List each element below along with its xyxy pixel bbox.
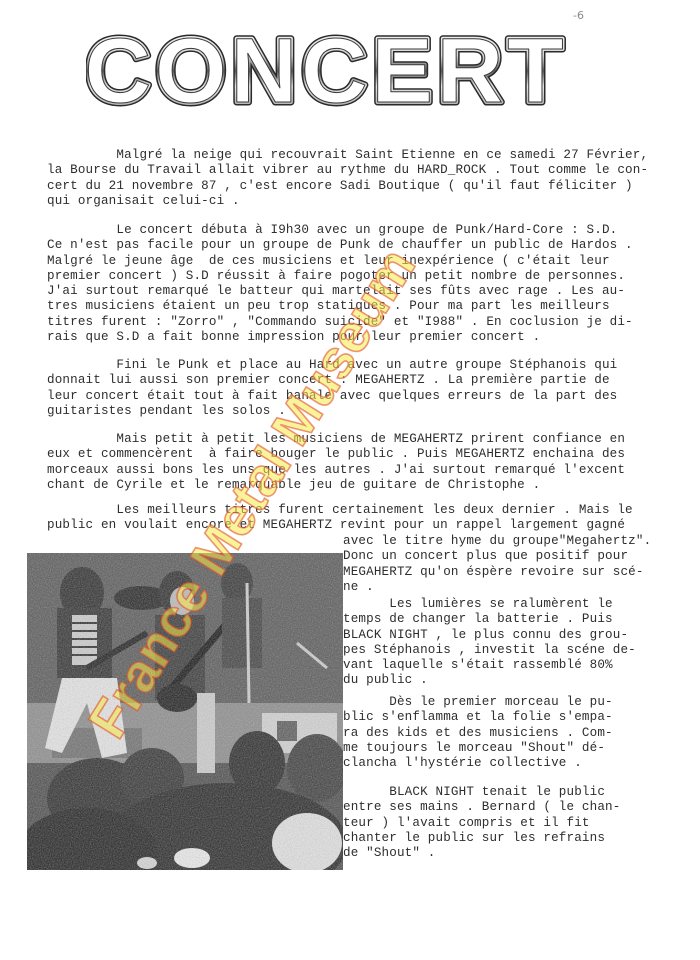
paragraph-intro: Malgré la neige qui recouvrait Saint Eti…	[47, 148, 667, 209]
text-line: public en voulait encore et MEGAHERTZ re…	[47, 518, 667, 533]
text-line: vant laquelle s'était rassemblé 80%	[343, 658, 683, 673]
page-number: -6	[573, 9, 584, 22]
text-line: du public .	[343, 673, 683, 688]
text-line: BLACK NIGHT , le plus connu des grou-	[343, 628, 683, 643]
text-line: la Bourse du Travail allait vibrer au ry…	[47, 163, 667, 178]
paragraph-black-night-3: BLACK NIGHT tenait le publicentre ses ma…	[343, 785, 683, 861]
text-line: ne .	[343, 580, 683, 595]
text-line: Ce n'est pas facile pour un groupe de Pu…	[47, 238, 667, 253]
text-line: chant de Cyrile et le remarquable jeu de…	[47, 478, 667, 493]
text-line: guitaristes pendant les solos .	[47, 404, 667, 419]
text-line: J'ai surtout remarqué le batteur qui mar…	[47, 284, 667, 299]
text-line: eux et commencèrent à faire bouger le pu…	[47, 447, 667, 462]
text-line: chanter le public sur les refrains	[343, 831, 683, 846]
text-line: de "Shout" .	[343, 846, 683, 861]
paragraph-megahertz-2: Mais petit à petit les musiciens de MEGA…	[47, 432, 667, 493]
text-line: teur ) l'avait compris et il fit	[343, 816, 683, 831]
text-line: premier concert ) S.D réussit à faire po…	[47, 269, 667, 284]
page-title: CONCERT CONCERT CONCERT	[86, 26, 566, 112]
paragraph-black-night-2: Dès le premier morceau le pu-blic s'enfl…	[343, 695, 683, 771]
text-line: ra des kids et des musiciens . Com-	[343, 726, 683, 741]
text-line: Les lumières se ralumèrent le	[343, 597, 683, 612]
text-line: MEGAHERTZ qu'on éspère revoire sur scé-	[343, 565, 683, 580]
paragraph-megahertz-3-cont: avec le titre hyme du groupe"Megahertz".…	[343, 534, 683, 595]
text-line: rais que S.D a fait bonne impression pou…	[47, 330, 667, 345]
text-line: Les meilleurs titres furent certainement…	[47, 503, 667, 518]
text-line: tres musiciens étaient un peu trop stati…	[47, 299, 667, 314]
text-line: Mais petit à petit les musiciens de MEGA…	[47, 432, 667, 447]
text-line: morceaux aussi bons les uns que les autr…	[47, 463, 667, 478]
text-line: blic s'enflamma et la folie s'empa-	[343, 710, 683, 725]
concert-photo	[27, 553, 343, 870]
text-line: temps de changer la batterie . Puis	[343, 612, 683, 627]
svg-text:CONCERT: CONCERT	[86, 26, 566, 112]
text-line: clancha l'hystérie collective .	[343, 756, 683, 771]
paragraph-black-night-1: Les lumières se ralumèrent letemps de ch…	[343, 597, 683, 689]
paragraph-sd: Le concert débuta à I9h30 avec un groupe…	[47, 223, 667, 345]
text-line: Dès le premier morceau le pu-	[343, 695, 683, 710]
text-line: Le concert débuta à I9h30 avec un groupe…	[47, 223, 667, 238]
paragraph-megahertz-3: Les meilleurs titres furent certainement…	[47, 503, 667, 534]
paragraph-megahertz-1: Fini le Punk et place au Hard avec un au…	[47, 358, 667, 419]
text-line: Fini le Punk et place au Hard avec un au…	[47, 358, 667, 373]
text-line: leur concert était tout à fait banale av…	[47, 389, 667, 404]
text-line: me toujours le morceau "Shout" dé-	[343, 741, 683, 756]
text-line: Malgré la neige qui recouvrait Saint Eti…	[47, 148, 667, 163]
text-line: BLACK NIGHT tenait le public	[343, 785, 683, 800]
text-line: pes Stéphanois , investit la scéne de-	[343, 643, 683, 658]
text-line: entre ses mains . Bernard ( le chan-	[343, 800, 683, 815]
text-line: cert du 21 novembre 87 , c'est encore Sa…	[47, 179, 667, 194]
text-line: donnait lui aussi son premier concert : …	[47, 373, 667, 388]
text-line: Donc un concert plus que positif pour	[343, 549, 683, 564]
chrome-title-lettering: CONCERT CONCERT CONCERT	[86, 26, 566, 112]
text-line: Malgré le jeune âge de ces musiciens et …	[47, 254, 667, 269]
text-line: qui organisait celui-ci .	[47, 194, 667, 209]
text-line: avec le titre hyme du groupe"Megahertz".	[343, 534, 683, 549]
text-line: titres furent : "Zorro" , "Commando suic…	[47, 315, 667, 330]
